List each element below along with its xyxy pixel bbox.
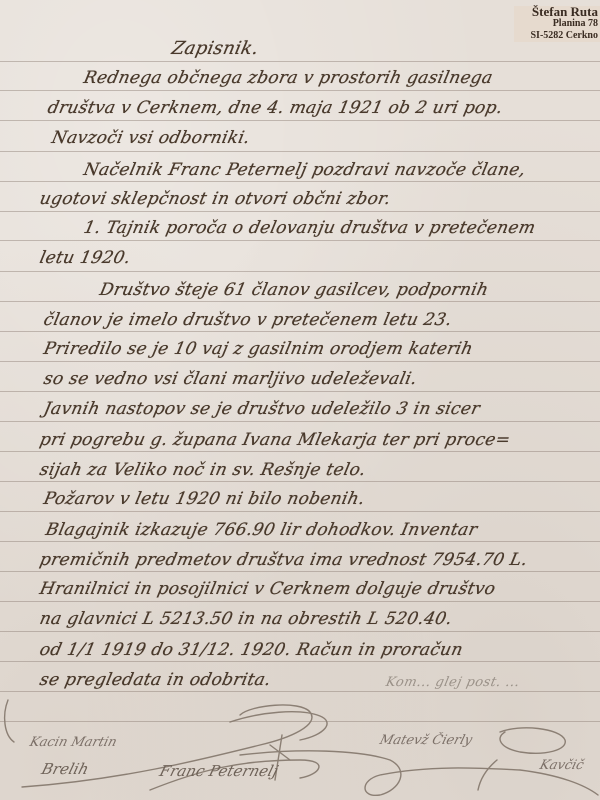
stamp-name: Štefan Ruta bbox=[514, 6, 598, 18]
signature: Matevž Čierly bbox=[378, 733, 474, 748]
text-line: društva v Cerknem, dne 4. maja 1921 ob 2… bbox=[46, 98, 505, 118]
text-line: so se vedno vsi člani marljivo udeleževa… bbox=[42, 369, 419, 389]
text-line: od 1/1 1919 do 31/12. 1920. Račun in pro… bbox=[38, 640, 465, 660]
text-line: Hranilnici in posojilnici v Cerknem dolg… bbox=[38, 579, 497, 599]
ruled-line bbox=[0, 511, 600, 512]
signature: Kacin Martin bbox=[28, 735, 118, 750]
text-line: Društvo šteje 61 članov gasilcev, podpor… bbox=[98, 280, 491, 300]
archive-stamp: Štefan Ruta Planina 78 SI-5282 Cerkno bbox=[514, 6, 600, 42]
ruled-line bbox=[0, 271, 600, 272]
text-line: Načelnik Franc Peternelj pozdravi navzoč… bbox=[82, 160, 528, 180]
ruled-line bbox=[0, 181, 600, 182]
text-line: Navzoči vsi odborniki. bbox=[50, 128, 252, 148]
ruled-line bbox=[0, 90, 600, 91]
text-line: se pregledata in odobrita. bbox=[38, 670, 273, 690]
text-line: Požarov v letu 1920 ni bilo nobenih. bbox=[42, 489, 367, 509]
text-line: ugotovi sklepčnost in otvori občni zbor. bbox=[38, 189, 393, 209]
document-page: Štefan Ruta Planina 78 SI-5282 Cerkno Za… bbox=[0, 0, 600, 800]
ruled-line bbox=[0, 481, 600, 482]
ruled-line bbox=[0, 151, 600, 152]
document-title: Zapisnik. bbox=[170, 38, 261, 59]
ruled-line bbox=[0, 661, 600, 662]
text-line: Blagajnik izkazuje 766.90 lir dohodkov. … bbox=[44, 520, 479, 540]
ruled-line bbox=[0, 721, 600, 722]
stamp-street: Planina 78 bbox=[514, 18, 598, 30]
text-line: Javnih nastopov se je društvo udeležilo … bbox=[42, 399, 482, 419]
ruled-line bbox=[0, 391, 600, 392]
ruled-line bbox=[0, 421, 600, 422]
text-line: 1. Tajnik poroča o delovanju društva v p… bbox=[82, 218, 538, 238]
ruled-line bbox=[0, 61, 600, 62]
ruled-line bbox=[0, 691, 600, 692]
signature: Brelih bbox=[40, 760, 91, 778]
ruled-line bbox=[0, 571, 600, 572]
ruled-line bbox=[0, 331, 600, 332]
ruled-line bbox=[0, 240, 600, 241]
pencil-note: Kom... glej post. ... bbox=[384, 675, 521, 690]
text-line: članov je imelo društvo v pretečenem let… bbox=[42, 310, 454, 330]
signature: Franc Peternelj bbox=[158, 762, 281, 780]
ruled-line bbox=[0, 301, 600, 302]
ruled-line bbox=[0, 211, 600, 212]
stamp-city: SI-5282 Cerkno bbox=[514, 30, 598, 42]
signature: Kavčič bbox=[538, 758, 586, 773]
ruled-line bbox=[0, 631, 600, 632]
ruled-line bbox=[0, 541, 600, 542]
text-line: pri pogrebu g. župana Ivana Mlekarja ter… bbox=[38, 430, 512, 450]
ruled-line bbox=[0, 601, 600, 602]
ruled-line bbox=[0, 451, 600, 452]
text-line: na glavnici L 5213.50 in na obrestih L 5… bbox=[38, 609, 454, 629]
text-line: premičnih predmetov društva ima vrednost… bbox=[38, 550, 530, 570]
text-line: letu 1920. bbox=[38, 248, 133, 268]
text-line: Rednega občnega zbora v prostorih gasiln… bbox=[82, 68, 495, 88]
ruled-line bbox=[0, 361, 600, 362]
text-line: sijah za Veliko noč in sv. Rešnje telo. bbox=[38, 460, 368, 480]
ruled-line bbox=[0, 120, 600, 121]
text-line: Priredilo se je 10 vaj z gasilnim orodje… bbox=[42, 339, 475, 359]
